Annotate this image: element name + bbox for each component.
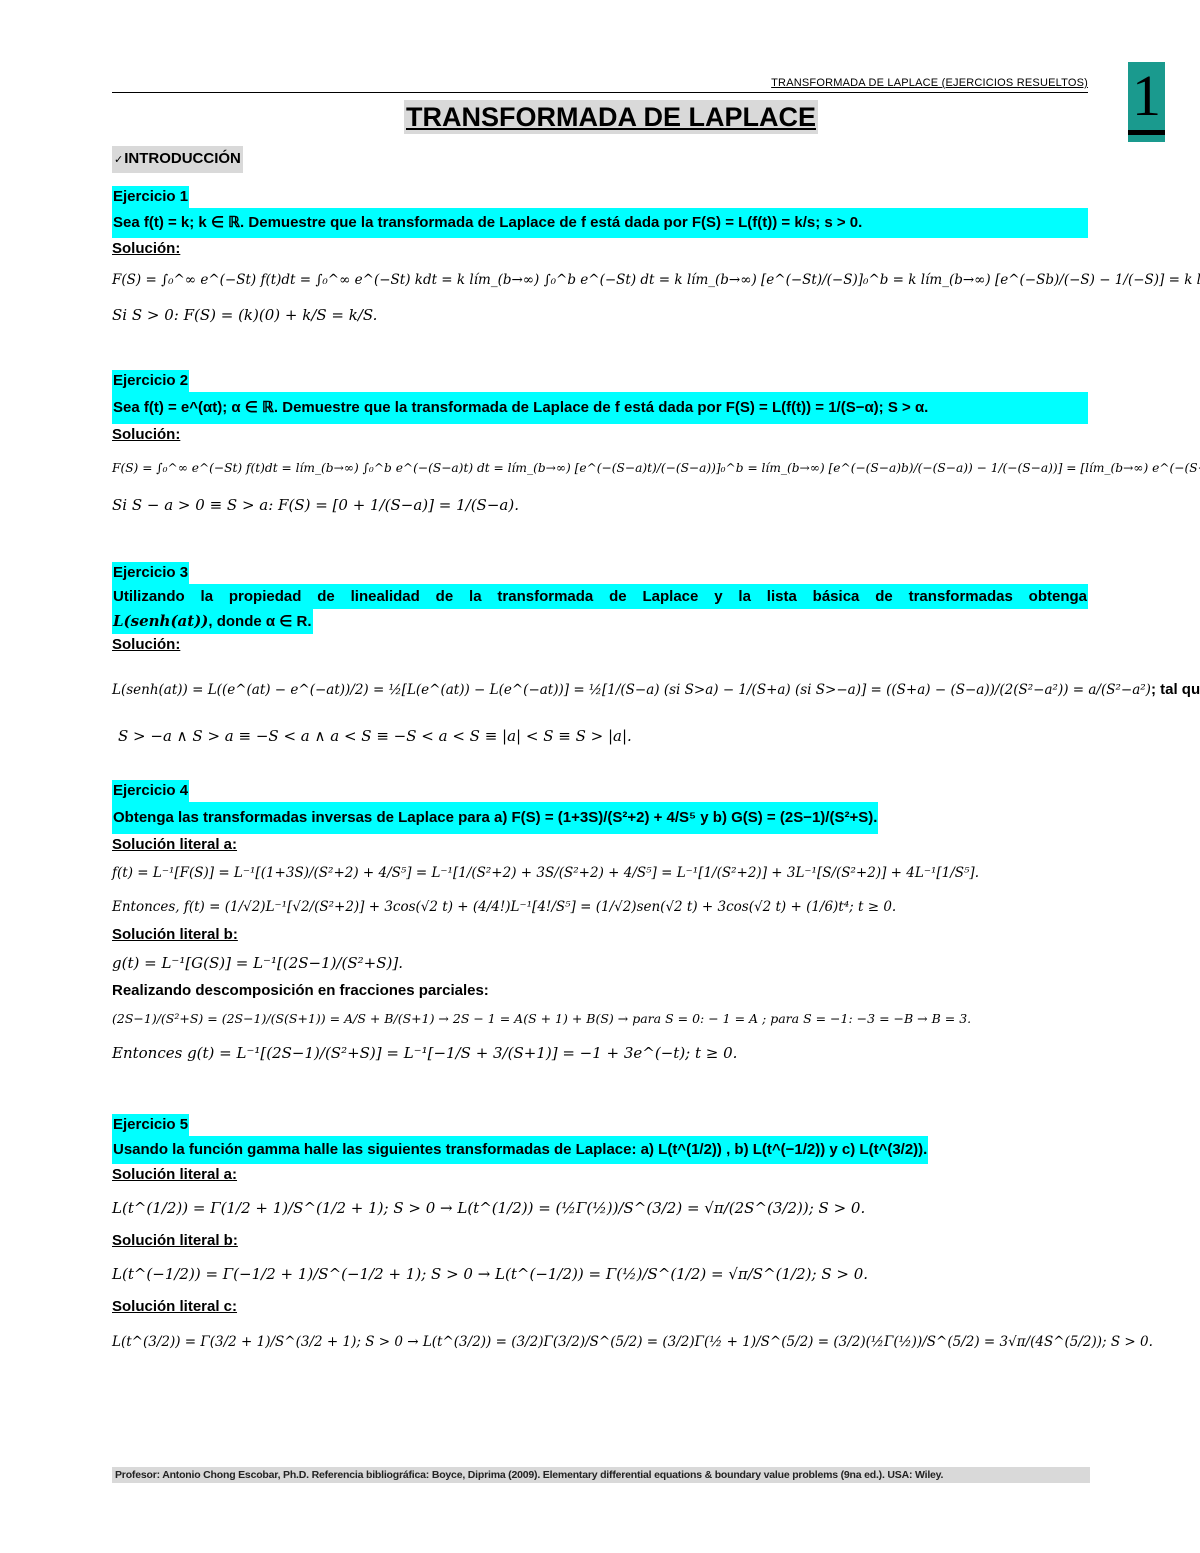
- equation-line: g(t) = L⁻¹[G(S)] = L⁻¹[(2S−1)/(S²+S)].: [112, 946, 1088, 980]
- exercise-statement: Sea f(t) = k; k ∈ ℝ. Demuestre que la tr…: [112, 208, 1088, 238]
- equation-line: L(t^(3/2)) = Γ(3/2 + 1)/S^(3/2 + 1); S >…: [112, 1318, 1088, 1366]
- solution-c-label: Solución literal c:: [112, 1296, 1088, 1318]
- exercise-label: Ejercicio 5: [112, 1114, 189, 1136]
- footer: Profesor: Antonio Chong Escobar, Ph.D. R…: [112, 1467, 1090, 1483]
- page-number-badge: 1: [1128, 62, 1165, 142]
- tal-que: ; tal que: [1151, 679, 1200, 701]
- equation-line: Si S − a > 0 ≡ S > a: F(S) = [0 + 1/(S−a…: [112, 490, 1088, 520]
- exercise-label: Ejercicio 1: [112, 186, 189, 208]
- checkmark-icon: ✓: [114, 154, 123, 166]
- solution-a-label: Solución literal a:: [112, 834, 1088, 856]
- exercise-1: Ejercicio 1 Sea f(t) = k; k ∈ ℝ. Demuest…: [112, 186, 1088, 330]
- equation-line: f(t) = L⁻¹[F(S)] = L⁻¹[(1+3S)/(S²+2) + 4…: [112, 856, 1088, 890]
- solution-label: Solución:: [112, 634, 1088, 656]
- equation-line: (2S−1)/(S²+S) = (2S−1)/(S(S+1)) = A/S + …: [112, 1002, 1088, 1036]
- exercise-5: Ejercicio 5 Usando la función gamma hall…: [112, 1114, 1088, 1366]
- exercise-2: Ejercicio 2 Sea f(t) = e^(αt); α ∈ ℝ. De…: [112, 370, 1088, 520]
- equation-line: Entonces g(t) = L⁻¹[(2S−1)/(S²+S)] = L⁻¹…: [112, 1036, 1088, 1070]
- equation-line: L(t^(1/2)) = Γ(1/2 + 1)/S^(1/2 + 1); S >…: [112, 1186, 1088, 1230]
- exercise-statement-line-1: Utilizando la propiedad de linealidad de…: [112, 584, 1088, 609]
- page-number: 1: [1128, 64, 1165, 128]
- exercise-statement: Usando la función gamma halle las siguie…: [112, 1136, 928, 1164]
- equation-line: L(t^(−1/2)) = Γ(−1/2 + 1)/S^(−1/2 + 1); …: [112, 1252, 1088, 1296]
- exercise-4: Ejercicio 4 Obtenga las transformadas in…: [112, 780, 1088, 1070]
- section-heading-intro: ✓INTRODUCCIÓN: [112, 146, 243, 173]
- equation-line: F(S) = ∫₀^∞ e^(−St) f(t)dt = lím_(b→∞) ∫…: [112, 446, 1088, 490]
- exercise-label: Ejercicio 4: [112, 780, 189, 802]
- exercise-statement: Obtenga las transformadas inversas de La…: [112, 802, 878, 834]
- text-line: Realizando descomposición en fracciones …: [112, 980, 1088, 1002]
- solution-label: Solución:: [112, 238, 1088, 260]
- running-header: TRANSFORMADA DE LAPLACE (EJERCICIOS RESU…: [771, 77, 1088, 89]
- equation-row: L(senh(at)) = L((e^(at) − e^(−at))/2) = …: [112, 656, 1088, 724]
- equation-line: S > −a ∧ S > a ≡ −S < a ∧ a < S ≡ −S < a…: [112, 724, 1088, 748]
- exercise-3: Ejercicio 3 Utilizando la propiedad de l…: [112, 562, 1088, 748]
- solution-b-label: Solución literal b:: [112, 1230, 1088, 1252]
- solution-label: Solución:: [112, 424, 1088, 446]
- exercise-label: Ejercicio 3: [112, 562, 189, 584]
- intro-label: INTRODUCCIÓN: [124, 150, 241, 167]
- page-title: TRANSFORMADA DE LAPLACE: [404, 100, 818, 134]
- exercise-statement-line-2: L(senh(at)), donde α ∈ R.: [112, 609, 313, 634]
- solution-a-label: Solución literal a:: [112, 1164, 1088, 1186]
- header-rule: [112, 92, 1088, 93]
- equation-line: Entonces, f(t) = (1/√2)L⁻¹[√2/(S²+2)] + …: [112, 890, 1088, 924]
- equation-line: F(S) = ∫₀^∞ e^(−St) f(t)dt = ∫₀^∞ e^(−St…: [112, 260, 1088, 300]
- equation-line: L(senh(at)) = L((e^(at) − e^(−at))/2) = …: [112, 679, 1151, 701]
- exercise-label: Ejercicio 2: [112, 370, 189, 392]
- equation-line: Si S > 0: F(S) = (k)(0) + k/S = k/S.: [112, 300, 1088, 330]
- exercise-statement: Sea f(t) = e^(αt); α ∈ ℝ. Demuestre que …: [112, 392, 1088, 424]
- solution-b-label: Solución literal b:: [112, 924, 1088, 946]
